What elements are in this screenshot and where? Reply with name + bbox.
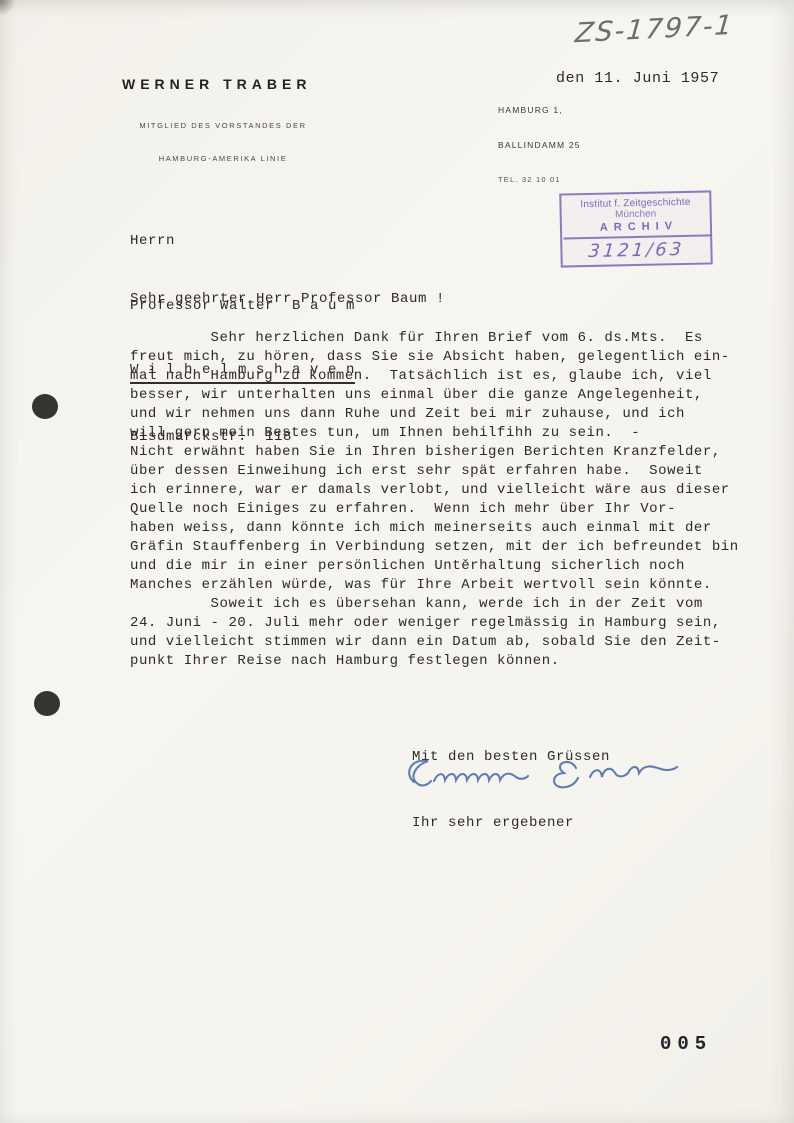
letter-body-line: mal nach Hamburg zu kommen. Tatsächlich … [130,367,730,386]
page-number-stamp: 005 [660,1033,712,1055]
letter-body-line: Sehr herzlichen Dank für Ihren Brief vom… [130,329,730,348]
letter-body-line: Manches erzählen würde, was für Ihre Arb… [130,576,730,595]
letter-body: Sehr herzlichen Dank für Ihren Brief vom… [130,329,730,671]
hole-punch-top [32,394,58,419]
scan-corner-smudge [0,0,16,16]
letter-body-line: und wir nehmen uns dann Ruhe und Zeit be… [130,405,730,424]
letter-body-line: punkt Ihrer Reise nach Hamburg festlegen… [130,652,730,671]
archive-stamp: Institut f. Zeitgeschichte München ARCHI… [559,190,713,267]
letterhead-address: HAMBURG 1, BALLINDAMM 25 TEL. 32 10 01 [498,82,581,209]
letter-body-line: besser, wir unterhalten uns einmal über … [130,386,730,405]
letterhead-street: BALLINDAMM 25 [498,140,581,152]
letter-body-line: Quelle noch Einiges zu erfahren. Wenn ic… [130,500,730,519]
letter-body-line: und vielleicht stimmen wir dann ein Datu… [130,633,730,652]
letterhead-title-line2: HAMBURG-AMERIKA LINIE [108,153,338,164]
letter-body-line: Nicht erwähnt haben Sie in Ihren bisheri… [130,443,730,462]
letterhead-title-line1: MITGLIED DES VORSTANDES DER [108,120,338,131]
letterhead-city: HAMBURG 1, [498,105,581,117]
recipient-salutation-word: Herrn [130,231,355,253]
signature-handwriting [398,744,698,802]
letter-body-line: 24. Juni - 20. Juli mehr oder weniger re… [130,614,730,633]
letter-date: den 11. Juni 1957 [556,70,719,87]
letter-body-line: freut mich, zu hören, dass Sie sie Absic… [130,348,730,367]
letterhead-sender-name: WERNER TRABER [122,76,311,92]
hole-punch-bottom [34,691,60,716]
letter-body-line: über dessen Einweihung ich erst sehr spä… [130,462,730,481]
letter-body-line: Soweit ich es übersehan kann, werde ich … [130,595,730,614]
letter-salutation: Sehr geehrter Herr Professor Baum ! [130,291,445,307]
handwritten-archive-code: ZS-1797-1 [574,10,736,50]
letter-body-line: und die mir in einer persönlichen Untĕrh… [130,557,730,576]
letter-body-line: will gern mein Bestes tun, um Ihnen behi… [130,424,730,443]
letter-body-line: haben weiss, dann könnte ich mich meiner… [130,519,730,538]
letterhead-phone: TEL. 32 10 01 [498,174,581,186]
stamp-handwritten-number: 3121/63 [561,234,711,265]
scanned-letter-page: ZS-1797-1 WERNER TRABER MITGLIED DES VOR… [0,0,794,1123]
letter-body-line: ich erinnere, war er damals verlobt, und… [130,481,730,500]
closing-valediction: Ihr sehr ergebener [412,812,610,834]
letterhead-sender-title: MITGLIED DES VORSTANDES DER HAMBURG-AMER… [108,98,338,186]
letter-body-line: Gräfin Stauffenberg in Verbindung setzen… [130,538,730,557]
